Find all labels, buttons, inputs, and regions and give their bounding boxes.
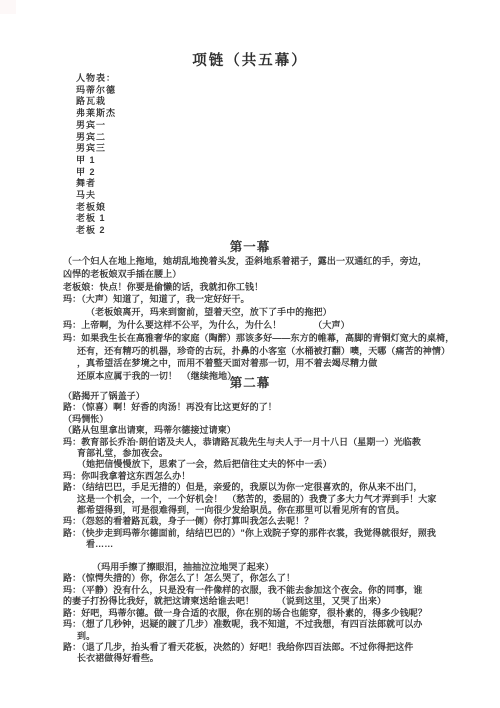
script-line: 路：（退了几步，抬头看了看天花板，决然的）好吧！我给你四百法郎。不过你得把这件 xyxy=(63,642,500,653)
cast-member: 路瓦栽 xyxy=(76,96,116,108)
script-line: 到。 xyxy=(77,631,500,642)
script-line: 玛：（想了几秒钟，迟疑的踱了几步）准数呢，我不知道，不过我想，有四百法郎就可以办 xyxy=(63,619,500,630)
script-line: 路：（快步走到玛蒂尔德面前，结结巴巴的）"你上戏院子穿的那件衣裳，我觉得就很好，… xyxy=(63,528,500,539)
script-line: 玛：上帝啊，为什么要这样不公平，为什么，为什么！ （大声） xyxy=(63,319,500,332)
script-line: （老板娘离开，玛来到窗前，望着天空，放下了手中的拖把） xyxy=(86,306,500,319)
document-page: 项链（共五幕） 人物表： 玛蒂尔德路瓦栽弗莱斯杰男宾一男宾二男宾三甲 1甲 2舞… xyxy=(0,0,500,708)
script-line: 老板娘：快点！你要是偷懒的话，我就扣你工钱！ xyxy=(63,281,500,294)
script-line: 这是一个机会，一个，一个好机会！ （愁苦的，委屈的）我费了多大力气才弄到手！大家 xyxy=(77,494,500,505)
cast-member: 老板 2 xyxy=(76,225,116,237)
script-line: 看…… xyxy=(86,539,500,550)
script-line: （一个妇人在地上拖地，她胡乱地挽着头发，歪斜地系着裙子，露出一双通红的手，旁边， xyxy=(63,255,500,268)
act-heading: 第二幕 xyxy=(0,377,500,390)
script-line: （路揭开了锅盖子） xyxy=(63,391,500,402)
corner-artifact xyxy=(0,0,16,14)
cast-member: 老板娘 xyxy=(76,202,116,214)
script-line: 长衣裙做得好看些。 xyxy=(77,653,500,664)
cast-member: 男宾二 xyxy=(76,132,116,144)
script-line: ，真希望活在梦境之中，而用不着整天面对着那一切，用不着去竭尽精力做 xyxy=(77,357,500,370)
cast-heading: 人物表： xyxy=(76,73,116,85)
script-line: 玛：你叫我拿着这东西怎么办！ xyxy=(63,471,500,482)
script-line: 育部礼堂，参加夜会。 xyxy=(77,448,500,459)
script-line: 路：（惊喜）啊！好香的肉汤！再没有比这更好的了！ xyxy=(63,402,500,413)
script-line: 玛：（怨怒的看着路瓦栽，身子一侧）你打算叫我怎么去呢！？ xyxy=(63,516,500,527)
cast-member: 甲 1 xyxy=(76,155,116,167)
document-title: 项链（共五幕） xyxy=(0,52,500,70)
script-line: 路：（结结巴巴，手足无措的）但是，亲爱的，我原以为你一定很喜欢的，你从来不出门， xyxy=(63,482,500,493)
act-section: 第二幕（路揭开了锅盖子）路：（惊喜）啊！好香的肉汤！再没有比这更好的了！（玛惆怅… xyxy=(0,377,500,665)
script-line: 玛：（平静）没有什么，只是没有一件像样的衣服，我不能去参加这个夜会。你的同事，谁 xyxy=(63,585,500,596)
script-line: （她把信慢慢放下，思索了一会，然后把信往丈夫的怀中一丢） xyxy=(77,459,500,470)
cast-member: 男宾三 xyxy=(76,143,116,155)
script-line: 的妻子打扮得比我好，就把这请柬送给谁去吧！ （说到这里，又哭了出来） xyxy=(63,596,500,607)
script-line: 都希望得到，可是很难得到，一向很少发给职员。你在那里可以看见所有的官员。 xyxy=(77,505,500,516)
script-line: 玛：如果我生长在高雅奢华的家庭（陶醉）那该多好——东方的帷幕，高脚的青铜灯宽大的… xyxy=(63,332,500,345)
cast-member: 甲 2 xyxy=(76,167,116,179)
script-line: 玛：（大声）知道了，知道了，我一定好好干。 xyxy=(63,293,500,306)
script-line: 凶悍的老板娘双手插在腰上） xyxy=(63,268,500,281)
script-line: 还有，还有精巧的机器，珍奇的古玩，扑鼻的小客室（水桶被打翻）噢，天哪（痛苦的神情… xyxy=(77,345,500,358)
cast-member: 玛蒂尔德 xyxy=(76,85,116,97)
script-line: （玛惆怅） xyxy=(63,414,500,425)
cast-member: 男宾一 xyxy=(76,120,116,132)
cast-list: 人物表： 玛蒂尔德路瓦栽弗莱斯杰男宾一男宾二男宾三甲 1甲 2舞者马夫老板娘老板… xyxy=(76,73,116,237)
blank-line xyxy=(63,551,500,562)
act-section: 第一幕（一个妇人在地上拖地，她胡乱地挽着头发，歪斜地系着裙子，露出一双通红的手，… xyxy=(0,241,500,383)
cast-member: 马夫 xyxy=(76,190,116,202)
script-line: 路：好吧，玛蒂尔德。做一身合适的衣服，你在别的场合也能穿，很朴素的，得多少钱呢？ xyxy=(63,608,500,619)
script-line: （路从包里拿出请柬，玛蒂尔德接过请柬） xyxy=(63,425,500,436)
script-line: 路：（惊愕失措的）你，你怎么了！怎么哭了，你怎么了！ xyxy=(63,573,500,584)
cast-member: 弗莱斯杰 xyxy=(76,108,116,120)
script-line: 玛：教育部长乔治·朗伯诺及夫人，恭请路瓦栽先生与夫人于一月十八日（星期一）光临教 xyxy=(63,437,500,448)
cast-member: 老板 1 xyxy=(76,213,116,225)
script-line: （玛用手擦了擦眼泪，抽抽泣泣地哭了起来） xyxy=(92,562,500,573)
act-heading: 第一幕 xyxy=(0,241,500,254)
cast-member: 舞者 xyxy=(76,178,116,190)
